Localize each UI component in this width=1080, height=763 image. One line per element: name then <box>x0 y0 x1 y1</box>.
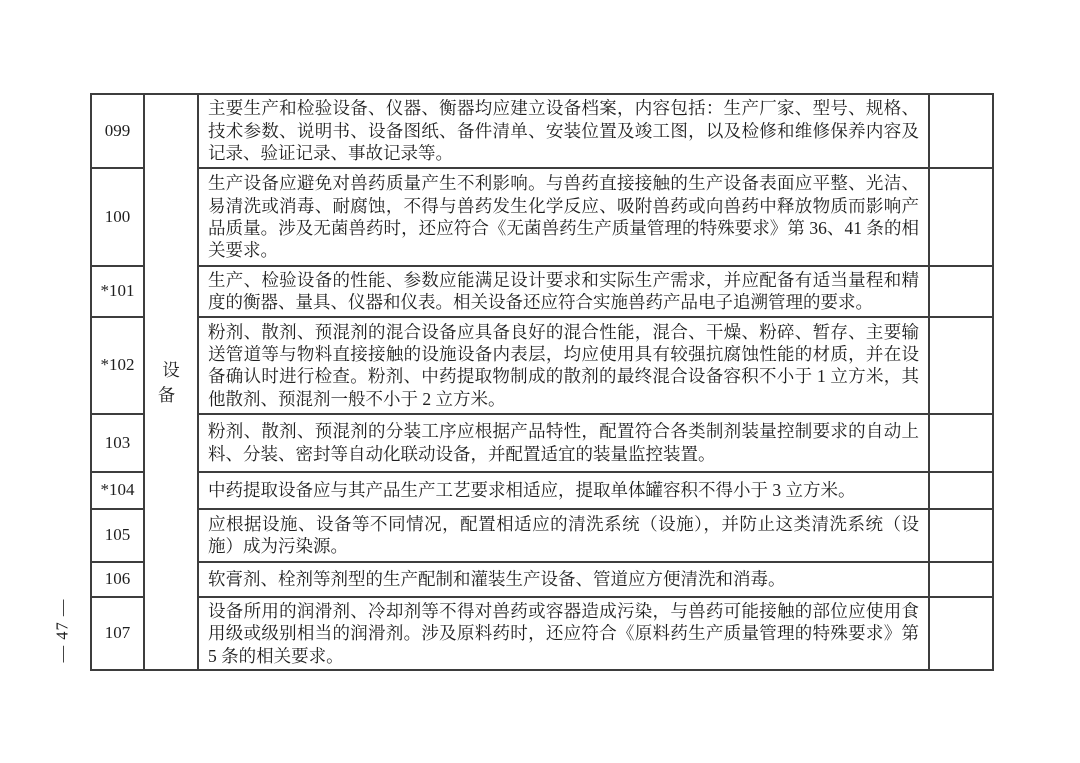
item-number: 107 <box>91 597 144 670</box>
check-column-cell <box>929 472 993 509</box>
item-number: 106 <box>91 562 144 597</box>
check-column-cell <box>929 414 993 472</box>
inspection-checklist-table: 099 设备 主要生产和检验设备、仪器、衡器均应建立设备档案，内容包括：生产厂家… <box>90 93 994 671</box>
item-text: 生产设备应避免对兽药质量产生不利影响。与兽药直接接触的生产设备表面应平整、光洁、… <box>198 168 929 266</box>
category-cell: 设备 <box>144 94 198 670</box>
check-column-cell <box>929 168 993 266</box>
check-column-cell <box>929 266 993 317</box>
item-number: *102 <box>91 317 144 414</box>
item-number: *104 <box>91 472 144 509</box>
item-text: 粉剂、散剂、预混剂的分装工序应根据产品特性，配置符合各类制剂装量控制要求的自动上… <box>198 414 929 472</box>
item-number: 100 <box>91 168 144 266</box>
document-page: — 47 — 099 设备 主要生产和检验设备、仪器、衡器均应建立设备档案，内容… <box>0 0 1080 763</box>
table-row: 106 软膏剂、栓剂等剂型的生产配制和灌装生产设备、管道应方便清洗和消毒。 <box>91 562 993 597</box>
check-column-cell <box>929 562 993 597</box>
table-row: 107 设备所用的润滑剂、冷却剂等不得对兽药或容器造成污染，与兽药可能接触的部位… <box>91 597 993 670</box>
check-column-cell <box>929 597 993 670</box>
item-text: 中药提取设备应与其产品生产工艺要求相适应，提取单体罐容积不得小于 3 立方米。 <box>198 472 929 509</box>
item-text: 主要生产和检验设备、仪器、衡器均应建立设备档案，内容包括：生产厂家、型号、规格、… <box>198 94 929 168</box>
item-number: *101 <box>91 266 144 317</box>
item-number: 105 <box>91 509 144 562</box>
table-row: *102 粉剂、散剂、预混剂的混合设备应具备良好的混合性能，混合、干燥、粉碎、暂… <box>91 317 993 414</box>
page-number: — 47 — <box>53 586 74 676</box>
item-text: 设备所用的润滑剂、冷却剂等不得对兽药或容器造成污染，与兽药可能接触的部位应使用食… <box>198 597 929 670</box>
table-row: 105 应根据设施、设备等不同情况，配置相适应的清洗系统（设施），并防止这类清洗… <box>91 509 993 562</box>
check-column-cell <box>929 94 993 168</box>
table-row: 099 设备 主要生产和检验设备、仪器、衡器均应建立设备档案，内容包括：生产厂家… <box>91 94 993 168</box>
table-row: 103 粉剂、散剂、预混剂的分装工序应根据产品特性，配置符合各类制剂装量控制要求… <box>91 414 993 472</box>
check-column-cell <box>929 317 993 414</box>
check-column-cell <box>929 509 993 562</box>
item-text: 粉剂、散剂、预混剂的混合设备应具备良好的混合性能，混合、干燥、粉碎、暂存、主要输… <box>198 317 929 414</box>
table-row: *101 生产、检验设备的性能、参数应能满足设计要求和实际生产需求，并应配备有适… <box>91 266 993 317</box>
item-number: 103 <box>91 414 144 472</box>
table-row: *104 中药提取设备应与其产品生产工艺要求相适应，提取单体罐容积不得小于 3 … <box>91 472 993 509</box>
item-number: 099 <box>91 94 144 168</box>
item-text: 应根据设施、设备等不同情况，配置相适应的清洗系统（设施），并防止这类清洗系统（设… <box>198 509 929 562</box>
item-text: 软膏剂、栓剂等剂型的生产配制和灌装生产设备、管道应方便清洗和消毒。 <box>198 562 929 597</box>
table-row: 100 生产设备应避免对兽药质量产生不利影响。与兽药直接接触的生产设备表面应平整… <box>91 168 993 266</box>
item-text: 生产、检验设备的性能、参数应能满足设计要求和实际生产需求，并应配备有适当量程和精… <box>198 266 929 317</box>
